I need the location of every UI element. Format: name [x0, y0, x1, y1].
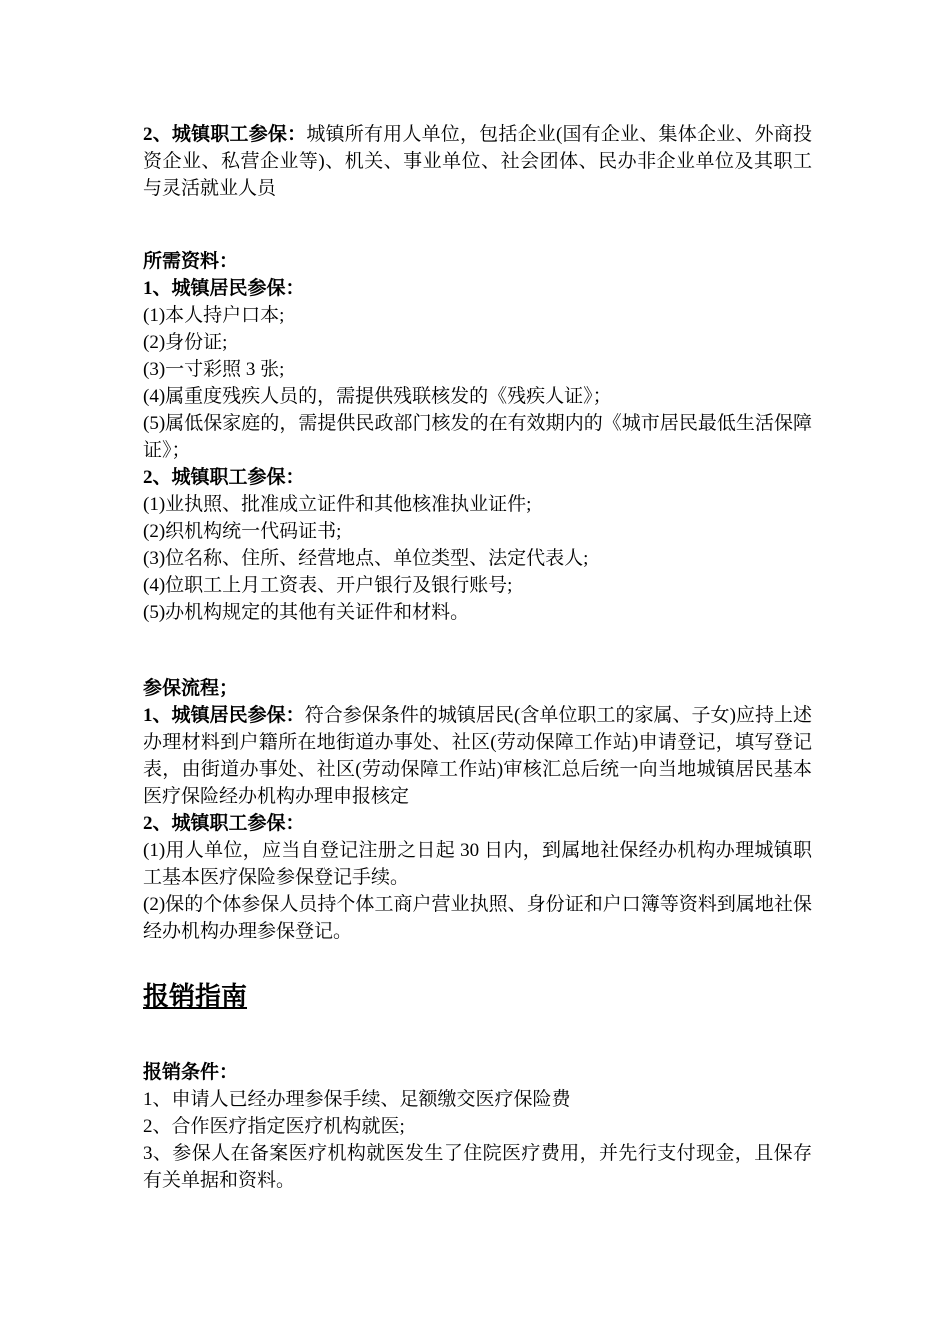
list-item: (1)用人单位，应当自登记注册之日起 30 日内，到属地社保经办机构办理城镇职工…	[143, 837, 812, 891]
list-item: (3)一寸彩照 3 张;	[143, 356, 812, 383]
list-item: (1)业执照、批准成立证件和其他核准执业证件;	[143, 491, 812, 518]
process-resident-lead: 1、城镇居民参保：	[143, 705, 305, 726]
intro-lead: 2、城镇职工参保：	[143, 124, 306, 145]
list-item: (5)属低保家庭的，需提供民政部门核发的在有效期内的《城市居民最低生活保障证》；	[143, 410, 812, 464]
list-item: (5)办机构规定的其他有关证件和材料。	[143, 599, 812, 626]
list-item: 1、申请人已经办理参保手续、足额缴交医疗保险费	[143, 1086, 812, 1113]
conditions-section: 报销条件： 1、申请人已经办理参保手续、足额缴交医疗保险费 2、合作医疗指定医疗…	[143, 1059, 812, 1194]
process-heading: 参保流程；	[143, 675, 812, 702]
list-item: (4)位职工上月工资表、开户银行及银行账号;	[143, 572, 812, 599]
process-resident-paragraph: 1、城镇居民参保：符合参保条件的城镇居民(含单位职工的家属、子女)应持上述办理材…	[143, 702, 812, 810]
list-item: 3、参保人在备案医疗机构就医发生了住院医疗费用，并先行支付现金，且保存有关单据和…	[143, 1140, 812, 1194]
list-item: (3)位名称、住所、经营地点、单位类型、法定代表人;	[143, 545, 812, 572]
materials-heading: 所需资料：	[143, 248, 812, 275]
list-item: (1)本人持户口本;	[143, 302, 812, 329]
materials-section: 所需资料： 1、城镇居民参保： (1)本人持户口本; (2)身份证; (3)一寸…	[143, 248, 812, 626]
guide-title-text: 报销指南	[143, 982, 247, 1011]
list-item: (2)保的个体参保人员持个体工商户营业执照、身份证和户口簿等资料到属地社保经办机…	[143, 891, 812, 945]
list-item: 2、合作医疗指定医疗机构就医;	[143, 1113, 812, 1140]
conditions-heading: 报销条件：	[143, 1059, 812, 1086]
guide-title: 报销指南	[143, 980, 812, 1014]
materials-employee-heading: 2、城镇职工参保：	[143, 464, 812, 491]
process-employee-heading: 2、城镇职工参保：	[143, 810, 812, 837]
intro-paragraph: 2、城镇职工参保：城镇所有用人单位，包括企业(国有企业、集体企业、外商投资企业、…	[143, 121, 812, 202]
document-page: 2、城镇职工参保：城镇所有用人单位，包括企业(国有企业、集体企业、外商投资企业、…	[0, 0, 950, 1344]
list-item: (2)织机构统一代码证书;	[143, 518, 812, 545]
materials-resident-heading: 1、城镇居民参保：	[143, 275, 812, 302]
process-section: 参保流程； 1、城镇居民参保：符合参保条件的城镇居民(含单位职工的家属、子女)应…	[143, 675, 812, 945]
list-item: (4)属重度残疾人员的，需提供残联核发的《残疾人证》；	[143, 383, 812, 410]
list-item: (2)身份证;	[143, 329, 812, 356]
